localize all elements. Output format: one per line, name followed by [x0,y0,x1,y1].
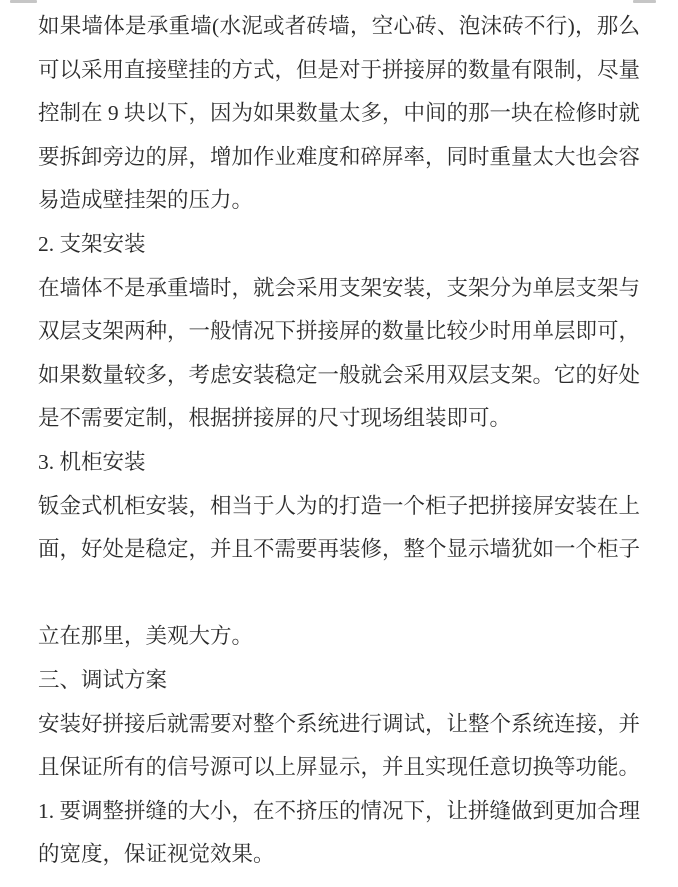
text-line: 在墙体不是承重墙时，就会采用支架安装，支架分为单层支架与 [38,267,640,311]
text-line: 立在那里，美观大方。 [38,615,640,659]
text-line: 且保证所有的信号源可以上屏显示，并且实现任意切换等功能。 [38,746,640,790]
cropped-text-artifact-right [633,0,656,3]
text-line: 钣金式机柜安装，相当于人为的打造一个柜子把拼接屏安装在上 [38,485,640,529]
text-line: 易造成壁挂架的压力。 [38,179,640,223]
text-line: 2. 支架安装 [38,223,640,267]
document-body: 如果墙体是承重墙(水泥或者砖墙，空心砖、泡沫砖不行)，那么可以采用直接壁挂的方式… [38,5,640,877]
text-line: 可以采用直接壁挂的方式，但是对于拼接屏的数量有限制，尽量 [38,49,640,93]
text-line: 控制在 9 块以下，因为如果数量太多，中间的那一块在检修时就 [38,92,640,136]
text-line: 1. 要调整拼缝的大小，在不挤压的情况下，让拼缝做到更加合理 [38,790,640,834]
blank-line [38,572,640,616]
cropped-text-artifact-left [10,0,37,3]
document-page: 如果墙体是承重墙(水泥或者砖墙，空心砖、泡沫砖不行)，那么可以采用直接壁挂的方式… [0,0,678,887]
text-line: 如果墙体是承重墙(水泥或者砖墙，空心砖、泡沫砖不行)，那么 [38,5,640,49]
text-line: 面，好处是稳定，并且不需要再装修，整个显示墙犹如一个柜子 [38,528,640,572]
text-line: 3. 机柜安装 [38,441,640,485]
text-line: 要拆卸旁边的屏，增加作业难度和碎屏率，同时重量太大也会容 [38,136,640,180]
text-line: 如果数量较多，考虑安装稳定一般就会采用双层支架。它的好处 [38,354,640,398]
text-line: 安装好拼接后就需要对整个系统进行调试，让整个系统连接，并 [38,703,640,747]
text-line: 三、调试方案 [38,659,640,703]
text-line: 的宽度，保证视觉效果。 [38,833,640,877]
text-line: 是不需要定制，根据拼接屏的尺寸现场组装即可。 [38,397,640,441]
text-line: 双层支架两种，一般情况下拼接屏的数量比较少时用单层即可， [38,310,640,354]
